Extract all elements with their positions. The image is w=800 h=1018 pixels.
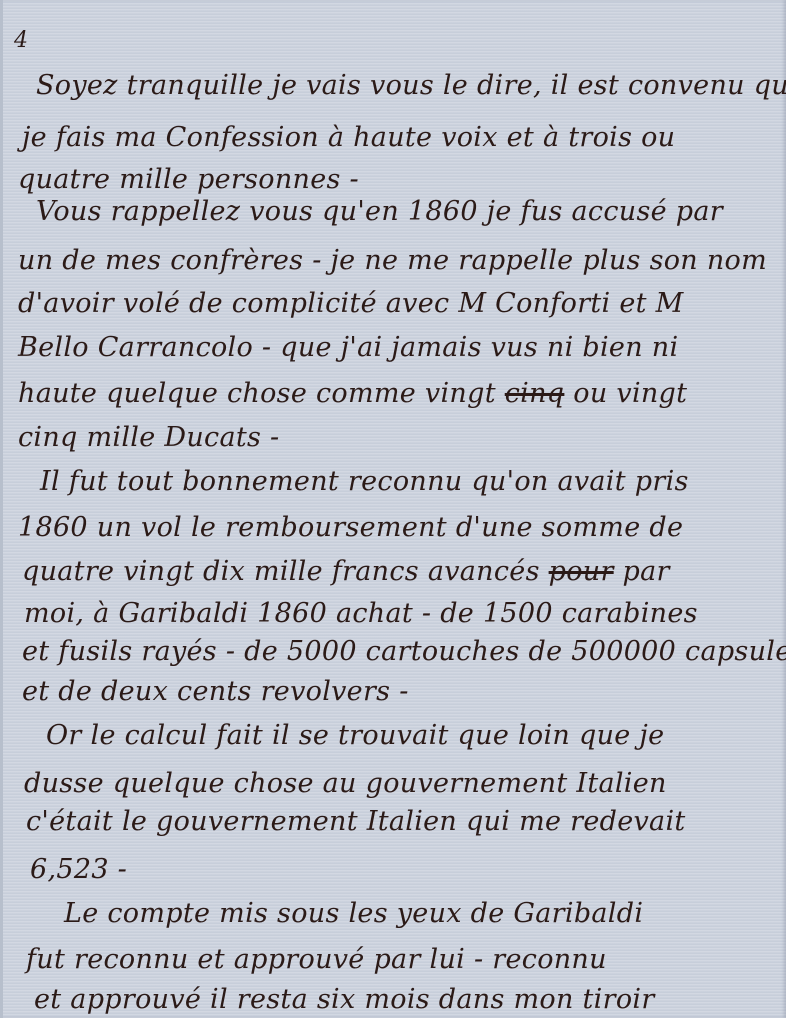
manuscript-line: fut reconnu et approuvé par lui - reconn… bbox=[26, 944, 607, 975]
manuscript-line: Il fut tout bonnement reconnu qu'on avai… bbox=[40, 466, 689, 497]
manuscript-line: Vous rappellez vous qu'en 1860 je fus ac… bbox=[36, 196, 723, 227]
manuscript-line-with-deletion: quatre vingt dix mille francs avancés po… bbox=[22, 556, 670, 587]
manuscript-line: cinq mille Ducats - bbox=[18, 422, 279, 453]
line-text-after: ou vingt bbox=[564, 378, 687, 409]
struck-out-word: pour bbox=[549, 556, 614, 587]
manuscript-line-with-deletion: haute quelque chose comme vingt cinq ou … bbox=[18, 378, 687, 409]
manuscript-line: Or le calcul fait il se trouvait que loi… bbox=[46, 720, 664, 751]
manuscript-line: Bello Carrancolo - que j'ai jamais vus n… bbox=[18, 332, 678, 363]
struck-out-word: cinq bbox=[505, 378, 565, 409]
page-number: 4 bbox=[14, 28, 28, 53]
manuscript-line: je fais ma Confession à haute voix et à … bbox=[22, 122, 675, 153]
manuscript-line: un de mes confrères - je ne me rappelle … bbox=[18, 245, 767, 276]
manuscript-page: 4 Soyez tranquille je vais vous le dire,… bbox=[0, 0, 786, 1018]
manuscript-line: et approuvé il resta six mois dans mon t… bbox=[34, 984, 655, 1015]
manuscript-line: Le compte mis sous les yeux de Garibaldi bbox=[64, 898, 643, 929]
manuscript-line: et fusils rayés - de 5000 cartouches de … bbox=[22, 636, 800, 667]
manuscript-line: d'avoir volé de complicité avec M Confor… bbox=[18, 288, 684, 319]
page-right-margin bbox=[786, 0, 800, 1018]
manuscript-line: 1860 un vol le remboursement d'une somme… bbox=[18, 512, 683, 543]
line-text-before: haute quelque chose comme vingt bbox=[18, 378, 505, 409]
manuscript-line: c'était le gouvernement Italien qui me r… bbox=[26, 806, 686, 837]
manuscript-line: moi, à Garibaldi 1860 achat - de 1500 ca… bbox=[24, 598, 698, 629]
manuscript-line: et de deux cents revolvers - bbox=[22, 676, 409, 707]
manuscript-line: 6,523 - bbox=[30, 854, 127, 885]
line-text-before: quatre vingt dix mille francs avancés bbox=[22, 556, 549, 587]
manuscript-line: quatre mille personnes - bbox=[18, 164, 359, 195]
manuscript-line: dusse quelque chose au gouvernement Ital… bbox=[24, 768, 667, 799]
line-text-after: par bbox=[614, 556, 670, 587]
manuscript-line: Soyez tranquille je vais vous le dire, i… bbox=[36, 70, 800, 101]
page-left-edge bbox=[0, 0, 3, 1018]
